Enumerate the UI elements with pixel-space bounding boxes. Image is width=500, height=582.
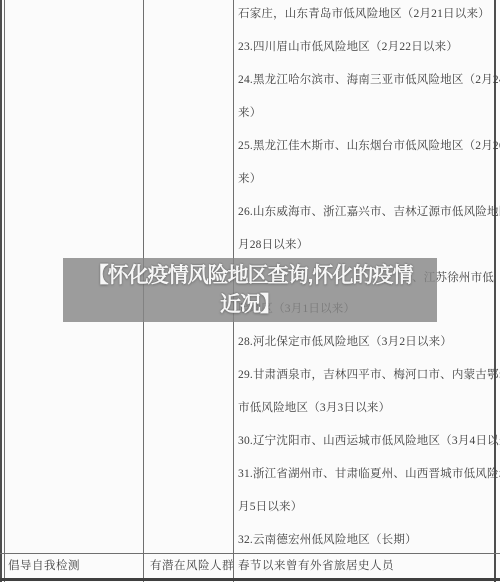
travel-history-cell: 春节以来曾有外省旅居史人员 xyxy=(238,554,394,579)
risk-line: 来） xyxy=(238,163,494,196)
risk-line: 23.四川眉山市低风险地区（2月22日以来） xyxy=(238,31,494,64)
table-border-left-outer xyxy=(0,0,2,582)
risk-line: 石家庄，山东青岛市低风险地区（2月21日以来） xyxy=(238,0,494,31)
risk-line: 来） xyxy=(238,97,494,130)
scanned-risk-area-table: 石家庄，山东青岛市低风险地区（2月21日以来） 23.四川眉山市低风险地区（2月… xyxy=(0,0,500,582)
risk-line: 31.浙江省湖州市、甘肃临夏州、山西晋城市低风险地区（3 xyxy=(238,458,494,491)
watermark-overlay: 【怀化疫情风险地区查询,怀化的疫情 近况】 xyxy=(63,258,437,322)
risk-line: 25.黑龙江佳木斯市、山东烟台市低风险地区（2月26日以 xyxy=(238,130,494,163)
risk-line: 28.河北保定市低风险地区（3月2日以来） xyxy=(238,326,494,359)
watermark-text-line1: 【怀化疫情风险地区查询,怀化的疫情 xyxy=(88,261,413,290)
risk-line: 24.黑龙江哈尔滨市、海南三亚市低风险地区（2月24日以 xyxy=(238,64,494,97)
self-test-guide-cell: 倡导自我检测 xyxy=(8,554,80,579)
risk-line: 29.甘肃酒泉市，吉林四平市、梅河口市、内蒙古鄂尔多斯 xyxy=(238,359,494,392)
risk-line: 26.山东威海市、浙江嘉兴市、吉林辽源市低风险地区（2 xyxy=(238,196,494,229)
risk-group-cell: 有潜在风险人群 xyxy=(150,554,234,579)
risk-line: 32.云南德宏州低风险地区（长期） xyxy=(238,524,494,557)
watermark-text-line2: 近况】 xyxy=(220,290,280,319)
table-border-left-inner xyxy=(4,0,5,582)
risk-line: 月5日以来） xyxy=(238,491,494,524)
risk-line: 30.辽宁沈阳市、山西运城市低风险地区（3月4日以来） xyxy=(238,425,494,458)
risk-line: 市低风险地区（3月3日以来） xyxy=(238,392,494,425)
